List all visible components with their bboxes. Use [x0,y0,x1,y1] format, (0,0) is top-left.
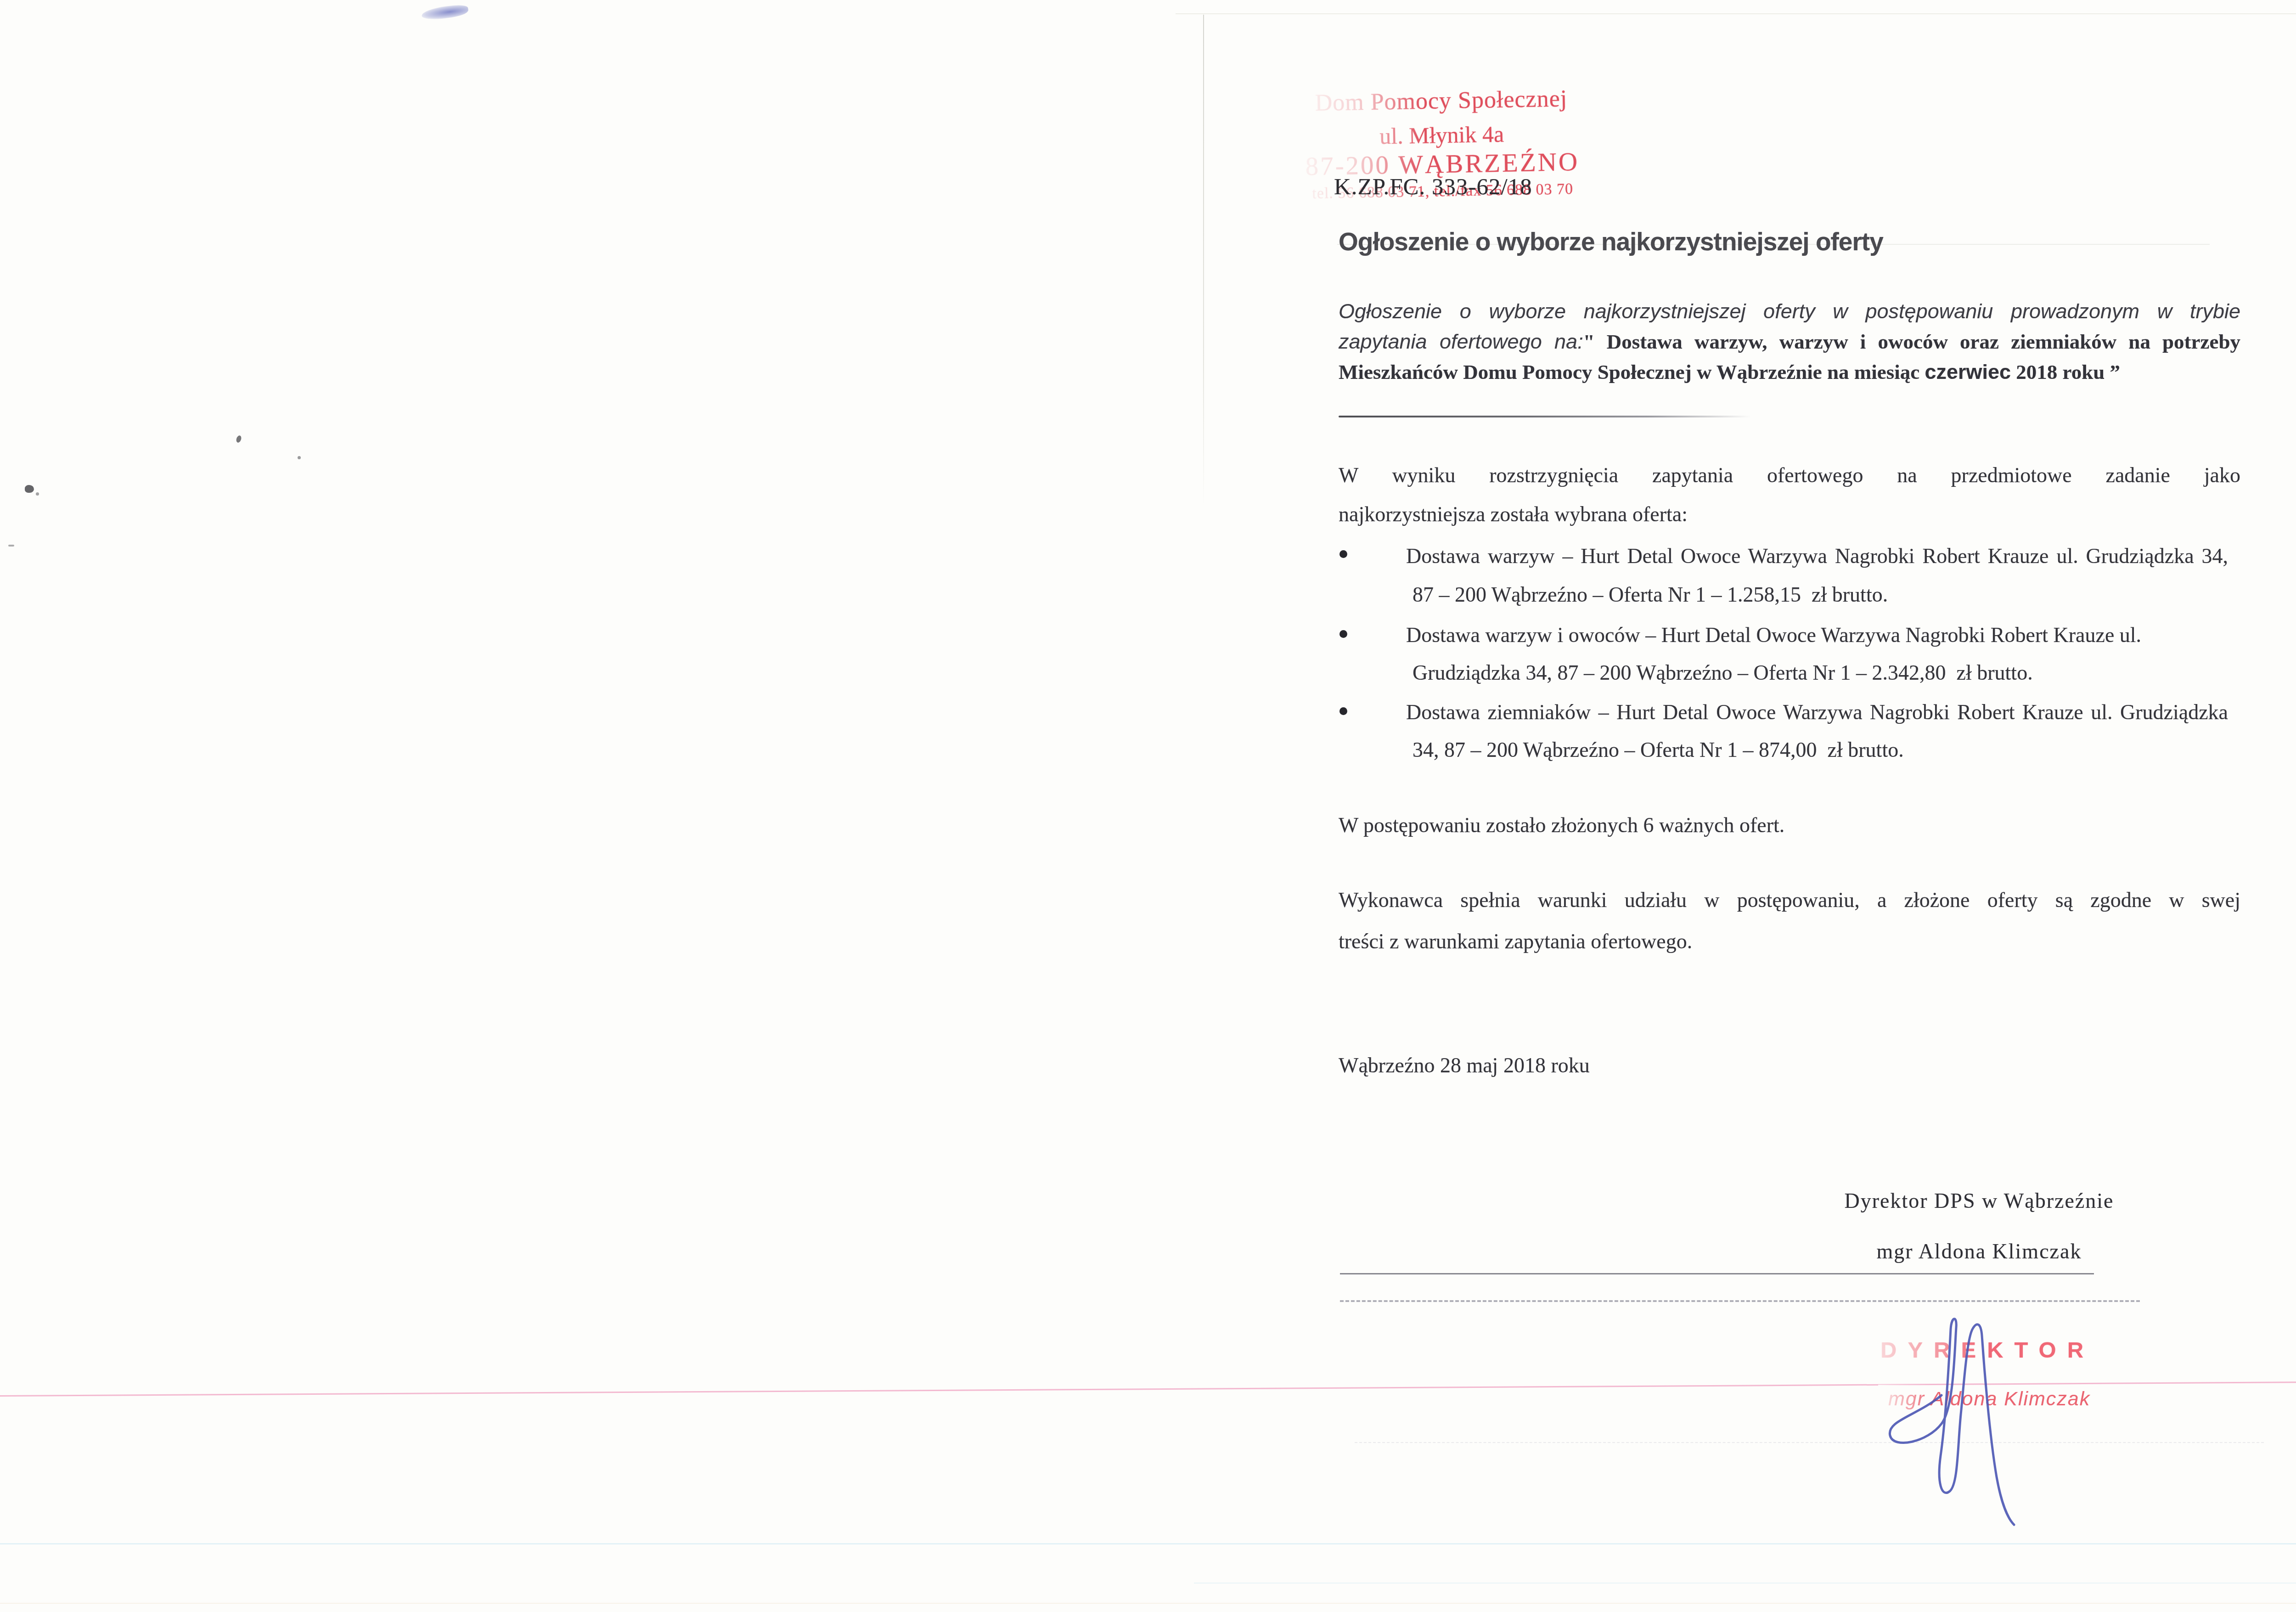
handwritten-signature [1874,1303,2030,1533]
dust-speck [236,435,242,443]
document-title: Ogłoszenie o wyborze najkorzystniejszej … [1339,227,1883,256]
intro-line-2-italic: zapytania ofertowego na: [1339,330,1583,353]
separator-line [1339,416,1751,417]
offers-count-note: W postępowaniu zostało złożonych 6 ważny… [1339,813,2240,838]
offer-2-line-2: Grudziądzka 34, 87 – 200 Wąbrzeźno – Ofe… [1412,660,2234,685]
intro-line-3-serif-b: 2018 roku ” [2011,361,2120,383]
offer-2-line-1: Dostawa warzyw i owoców – Hurt Detal Owo… [1406,623,2228,648]
intro-line-1: Ogłoszenie o wyborze najkorzystniejszej … [1339,299,2240,323]
intro-line-3-sans-month: czerwiec [1925,360,2011,383]
compliance-line-1: Wykonawca spełnia warunki udziału w post… [1339,888,2240,913]
bullet-icon [1339,707,1347,715]
signature-line-dashed [1340,1300,2140,1302]
signature-line [1340,1273,2094,1274]
dust-speck [36,492,39,496]
dust-speck [8,545,14,547]
dust-speck [25,485,34,493]
offer-3-line-2: 34, 87 – 200 Wąbrzeźno – Oferta Nr 1 – 8… [1412,738,2234,762]
compliance-line-2: treści z warunkami zapytania ofertowego. [1339,929,2240,954]
offer-1-line-1: Dostawa warzyw – Hurt Detal Owoce Warzyw… [1406,544,2228,569]
bullet-icon [1339,550,1347,558]
intro-line-2: zapytania ofertowego na:" Dostawa warzyw… [1339,330,2240,354]
scanned-document: { "doc": { "stamp_header": { "color": "#… [0,0,2296,1612]
reference-number: K.ZP.FC. 333-62/18 [1334,174,1532,200]
ink-smudge [421,4,469,21]
intro-line-3: Mieszkańców Domu Pomocy Społecznej w Wąb… [1339,360,2240,384]
scan-artifact-dashed-line [1355,1442,2264,1443]
signoff-name: mgr Aldona Klimczak [1676,1239,2282,1263]
offer-3-line-1: Dostawa ziemniaków – Hurt Detal Owoce Wa… [1406,700,2228,725]
result-line-2: najkorzystniejsza została wybrana oferta… [1339,502,2240,527]
scan-artifact-beige-line [0,1603,2296,1604]
scan-artifact-cyan-line [0,1543,2296,1544]
result-line-1: W wyniku rozstrzygnięcia zapytania ofert… [1339,463,2240,488]
intro-line-2-bold: " Dostawa warzyw, warzyw i owoców oraz z… [1583,330,2240,353]
scan-artifact-cyan-line [1194,1583,2296,1584]
offer-1-line-2: 87 – 200 Wąbrzeźno – Oferta Nr 1 – 1.258… [1412,582,2234,607]
dust-speck [298,456,301,459]
signoff-role: Dyrektor DPS w Wąbrzeźnie [1676,1189,2282,1213]
scan-page-top-edge [1176,13,2296,14]
bullet-icon [1339,630,1347,638]
scan-fold-line [1203,15,1204,507]
date-line: Wąbrzeźno 28 maj 2018 roku [1339,1053,2240,1078]
intro-line-3-serif-a: Mieszkańców Domu Pomocy Społecznej w Wąb… [1339,361,1925,383]
